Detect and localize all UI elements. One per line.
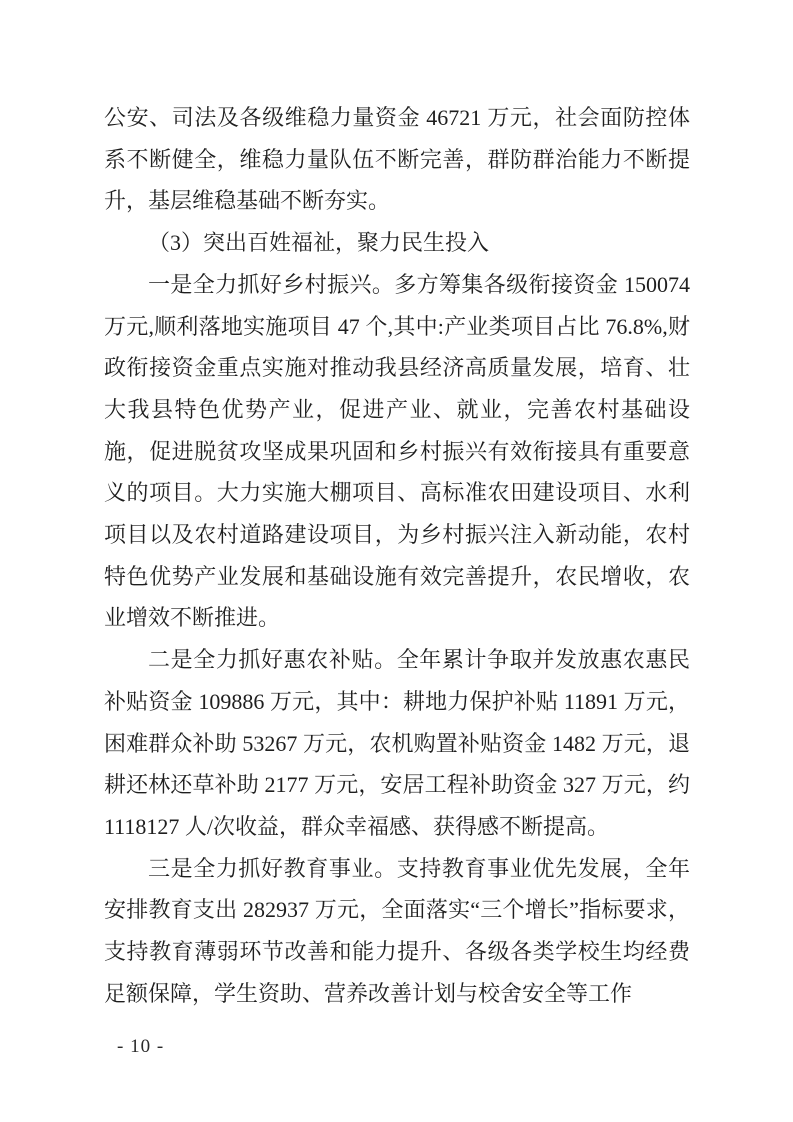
page-number: - 10 -: [117, 1036, 164, 1058]
paragraph-agriculture-subsidies: 二是全力抓好惠农补贴。全年累计争取并发放惠农惠民补贴资金 109886 万元，其…: [104, 639, 690, 848]
paragraph-rural-revitalization: 一是全力抓好乡村振兴。多方筹集各级衔接资金 150074 万元,顺利落地实施项目…: [104, 264, 690, 639]
section-heading-people-welfare: （3）突出百姓福祉，聚力民生投入: [104, 222, 690, 264]
paragraph-education-spending: 三是全力抓好教育事业。支持教育事业优先发展，全年安排教育支出 282937 万元…: [104, 848, 690, 1015]
document-page: 公安、司法及各级维稳力量资金 46721 万元，社会面防控体系不断健全，维稳力量…: [0, 0, 793, 1122]
paragraph-security-funds-continuation: 公安、司法及各级维稳力量资金 46721 万元，社会面防控体系不断健全，维稳力量…: [104, 97, 690, 222]
page-body: 公安、司法及各级维稳力量资金 46721 万元，社会面防控体系不断健全，维稳力量…: [104, 97, 690, 1014]
